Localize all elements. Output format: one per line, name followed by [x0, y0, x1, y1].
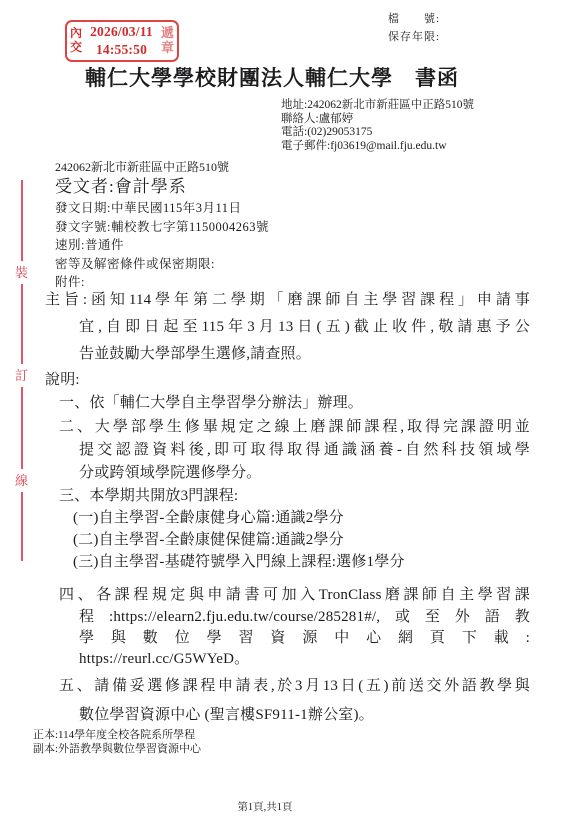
doc-number-field: 發文字號:輔校教七字第1150004263號 [55, 218, 269, 237]
stamp-left-bottom-char: 交 [70, 41, 82, 55]
sender-address: 地址:242062新北市新莊區中正路510號 [281, 99, 474, 113]
explanation-item-4: 四、各課程規定與申請書可加入TronClass磨課師自主學習課 [59, 586, 530, 604]
document-title: 輔仁大學學校財團法人輔仁大學 書函 [85, 62, 459, 92]
received-date-stamp: 內 交 2026/03/11 14:55:50 遞 章 [65, 20, 179, 62]
page-number: 第1頁,共1頁 [237, 799, 292, 814]
binding-char-xian: 線 [13, 469, 30, 492]
stamp-right-column: 遞 章 [161, 26, 174, 56]
download-url: https://reurl.cc/G5WYeD。 [79, 650, 249, 668]
speed-field: 速別:普通件 [55, 236, 269, 255]
explanation-item-3: 三、本學期共開放3門課程: [59, 487, 238, 505]
archive-labels: 檔 號: 保存年限: [388, 10, 440, 46]
explanation-item-2-cont: 分或跨領域學院選修學分。 [79, 464, 261, 482]
contact-phone: 電話:(02)29053175 [281, 126, 474, 140]
course-item-1: (一)自主學習-全齡康健身心篇:通識2學分 [73, 509, 344, 527]
subject-line: 宜,自即日起至115年3月13日(五)截止收件,敬請惠予公 [79, 318, 530, 336]
explanation-item-2: 二、大學部學生修畢規定之線上磨課師課程,取得完課證明並 [59, 418, 530, 436]
explanation-item-5: 五、請備妥選修課程申請表,於3月13日(五)前送交外語教學與 [59, 677, 530, 695]
binding-char-zhuang: 裝 [13, 261, 30, 284]
contact-email: 電子郵件:fj03619@mail.fju.edu.tw [281, 140, 474, 154]
course-item-3: (三)自主學習-基礎符號學入門線上課程:選修1學分 [73, 553, 405, 571]
subject-line: 主旨:函知114學年第二學期「磨課師自主學習課程」申請事 [45, 291, 530, 309]
explanation-item-1: 一、依「輔仁大學自主學習學分辦法」辦理。 [59, 394, 363, 412]
document-page: 檔 號: 保存年限: 內 交 2026/03/11 14:55:50 遞 章 輔… [0, 0, 563, 827]
explanation-item-4-cont: 學與數位學習資源中心網頁下載: [79, 629, 530, 647]
cc-copy-line: 副本:外語教學與數位學習資源中心 [33, 742, 201, 756]
course-item-2: (二)自主學習-全齡康健保健篇:通識2學分 [73, 531, 344, 549]
attachment-field: 附件: [55, 273, 269, 292]
explanation-item-5-cont: 數位學習資源中心 (聖言樓SF911-1辦公室)。 [79, 706, 374, 724]
recipient-line: 受文者:會計學系 [55, 172, 187, 197]
stamp-time: 14:55:50 [90, 41, 153, 59]
issue-date-field: 發文日期:中華民國115年3月11日 [55, 199, 269, 218]
stamp-right-top-char: 遞 [161, 26, 174, 41]
stamp-left-top-char: 內 [70, 27, 82, 41]
stamp-right-bottom-char: 章 [161, 41, 174, 56]
security-field: 密等及解密條件或保密期限: [55, 255, 269, 274]
subject-line: 告並鼓勵大學部學生選修,請查照。 [79, 345, 311, 363]
explanation-item-4-cont: 程:https://elearn2.fju.edu.tw/course/2852… [79, 608, 530, 626]
explanation-item-2-cont: 提交認證資料後,即可取得取得通識涵養-自然科技領域學 [79, 441, 530, 459]
document-fields: 發文日期:中華民國115年3月11日 發文字號:輔校教七字第1150004263… [55, 199, 269, 292]
binding-char-ding: 訂 [13, 364, 30, 387]
retention-period-label: 保存年限: [388, 28, 440, 46]
sender-contact-block: 地址:242062新北市新莊區中正路510號 聯絡人:盧郁婷 電話:(02)29… [281, 99, 474, 153]
original-copy-line: 正本:114學年度全校各院系所學程 [33, 728, 195, 742]
stamp-date: 2026/03/11 [90, 23, 153, 41]
file-number-label: 檔 號: [388, 10, 440, 28]
stamp-left-column: 內 交 [70, 27, 82, 55]
contact-person: 聯絡人:盧郁婷 [281, 113, 474, 127]
stamp-datetime: 2026/03/11 14:55:50 [90, 23, 153, 58]
explanation-heading: 說明: [45, 371, 80, 389]
